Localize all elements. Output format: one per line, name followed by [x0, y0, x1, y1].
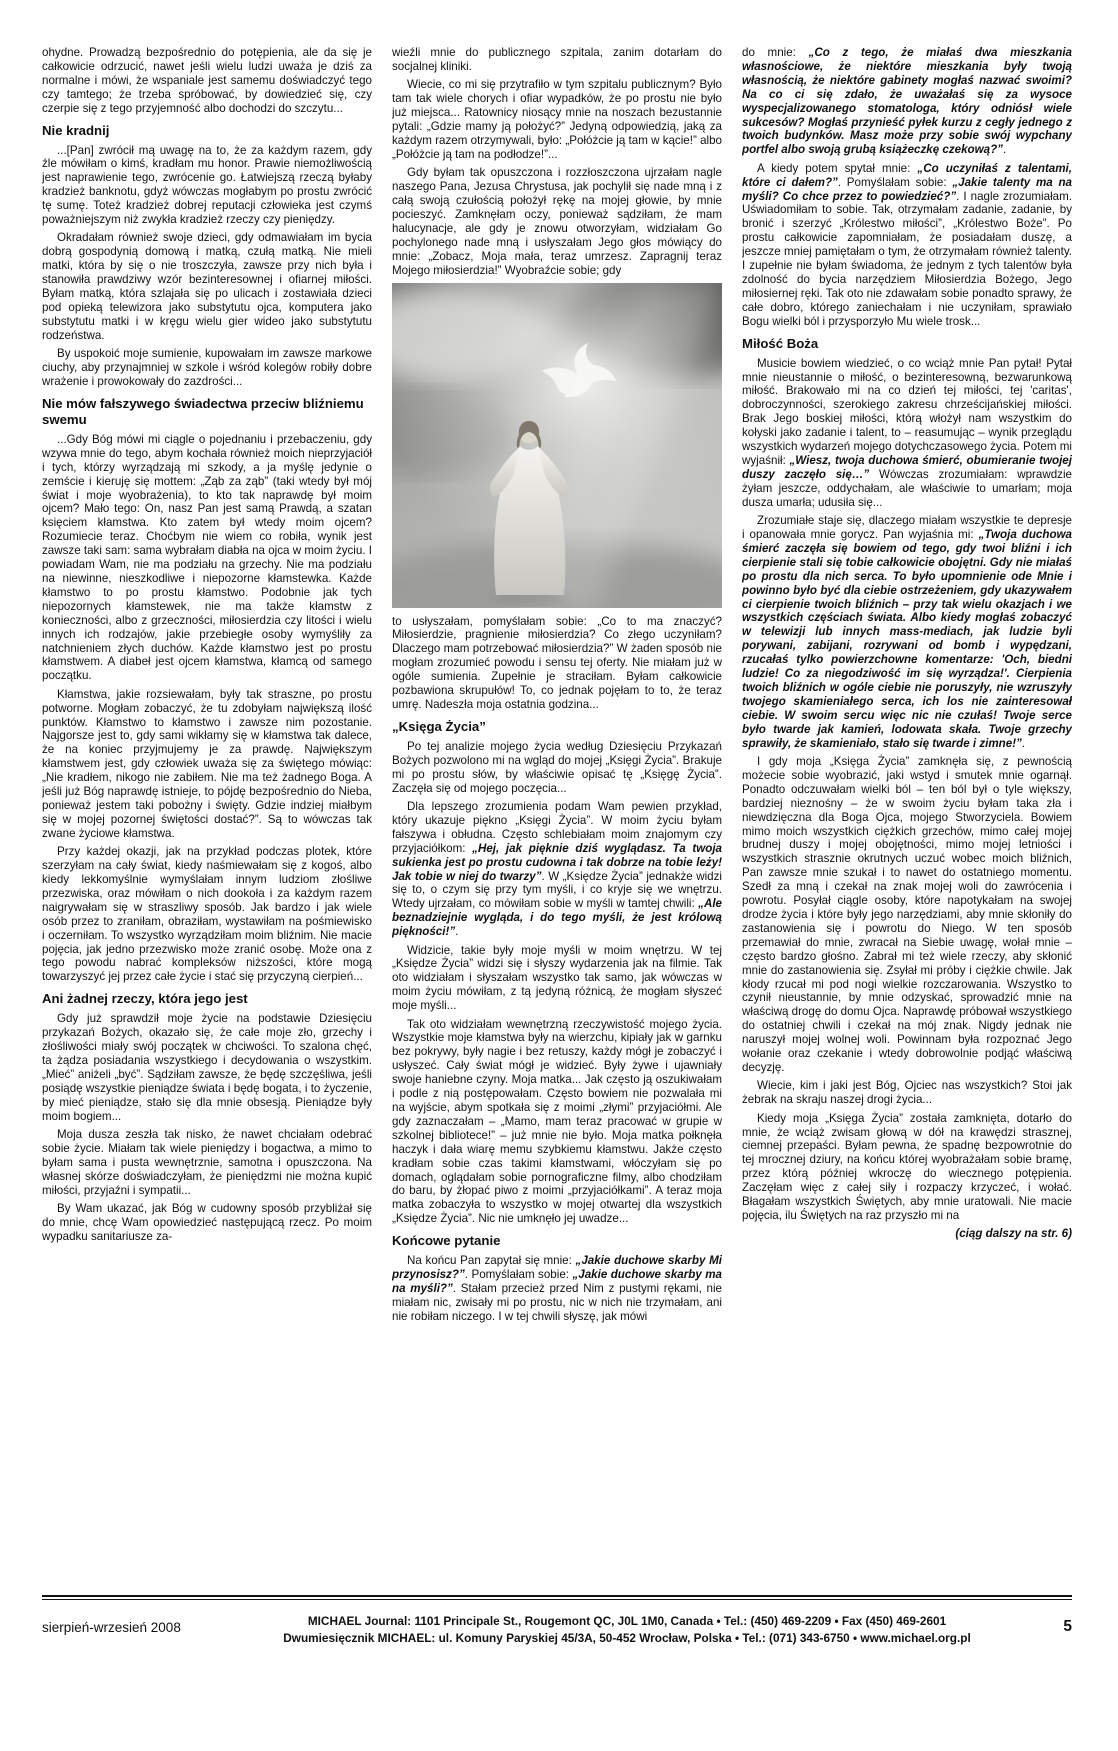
address-line-2: Dwumiesięcznik MICHAEL: ul. Komuny Parys…: [252, 1630, 1002, 1647]
jesus-dove-clouds-image: [392, 283, 722, 608]
paragraph: Gdy już sprawdził moje życie na podstawi…: [42, 1012, 372, 1123]
paragraph: Gdy byłam tak opuszczona i rozzłoszczona…: [392, 166, 722, 277]
paragraph: Wiecie, kim i jaki jest Bóg, Ojciec nas …: [742, 1079, 1072, 1107]
paragraph: Przy każdej okazji, jak na przykład podc…: [42, 845, 372, 984]
section-heading: Miłość Boża: [742, 336, 1072, 352]
section-heading: Ani żadnej rzeczy, która jego jest: [42, 991, 372, 1007]
paragraph: By Wam ukazać, jak Bóg w cudowny sposób …: [42, 1202, 372, 1244]
page-footer: sierpień-wrzesień 2008 MICHAEL Journal: …: [42, 1613, 1072, 1647]
page-number: 5: [1002, 1613, 1072, 1636]
paragraph: Widzicie, takie były moje myśli w moim w…: [392, 944, 722, 1014]
paragraph: A kiedy potem spytał mnie: „Co uczyniłaś…: [742, 162, 1072, 329]
section-heading: Końcowe pytanie: [392, 1233, 722, 1249]
paragraph: Moja dusza zeszła tak nisko, że nawet ch…: [42, 1128, 372, 1198]
paragraph: do mnie: „Co z tego, że miałaś dwa miesz…: [742, 46, 1072, 157]
paragraph: Tak oto widziałam wewnętrzną rzeczywisto…: [392, 1018, 722, 1227]
paragraph: Kłamstwa, jakie rozsiewałam, były tak st…: [42, 688, 372, 841]
article-body: ohydne. Prowadzą bezpośrednio do potępie…: [42, 46, 1072, 1592]
paragraph: Wiecie, co mi się przytrafiło w tym szpi…: [392, 78, 722, 161]
paragraph: By uspokoić moje sumienie, kupowałam im …: [42, 347, 372, 389]
column-left: ohydne. Prowadzą bezpośrednio do potępie…: [42, 46, 372, 1592]
paragraph: wieźli mnie do publicznego szpitala, zan…: [392, 46, 722, 74]
paragraph: ...[Pan] zwrócił mą uwagę na to, że za k…: [42, 144, 372, 227]
column-right: do mnie: „Co z tego, że miałaś dwa miesz…: [742, 46, 1072, 1592]
paragraph: Po tej analizie mojego życia według Dzie…: [392, 740, 722, 796]
paragraph: ...Gdy Bóg mówi mi ciągle o pojednaniu i…: [42, 433, 372, 683]
paragraph: Okradałam również swoje dzieci, gdy odma…: [42, 231, 372, 342]
continuation-note: (ciąg dalszy na str. 6): [742, 1227, 1072, 1241]
section-heading: „Księga Życia”: [392, 719, 722, 735]
newspaper-page: ohydne. Prowadzą bezpośrednio do potępie…: [42, 46, 1072, 1647]
section-heading: Nie kradnij: [42, 123, 372, 139]
column-middle: wieźli mnie do publicznego szpitala, zan…: [392, 46, 722, 1592]
publisher-address: MICHAEL Journal: 1101 Principale St., Ro…: [252, 1613, 1002, 1647]
paragraph: Zrozumiałe staje się, dlaczego miałam ws…: [742, 514, 1072, 750]
section-heading: Nie mów fałszywego świadectwa przeciw bl…: [42, 396, 372, 428]
paragraph: Na końcu Pan zapytał się mnie: „Jakie du…: [392, 1254, 722, 1324]
paragraph: ohydne. Prowadzą bezpośrednio do potępie…: [42, 46, 372, 116]
footer-divider: [42, 1595, 1072, 1600]
issue-date: sierpień-wrzesień 2008: [42, 1613, 252, 1635]
paragraph: to usłyszałam, pomyślałam sobie: „Co to …: [392, 615, 722, 712]
paragraph: I gdy moja „Księga Życia” zamknęła się, …: [742, 755, 1072, 1075]
paragraph: Musicie bowiem wiedzieć, o co wciąż mnie…: [742, 357, 1072, 510]
address-line-1: MICHAEL Journal: 1101 Principale St., Ro…: [252, 1613, 1002, 1630]
paragraph: Dla lepszego zrozumienia podam Wam pewie…: [392, 800, 722, 939]
paragraph: Kiedy moja „Księga Życia” została zamkni…: [742, 1112, 1072, 1223]
